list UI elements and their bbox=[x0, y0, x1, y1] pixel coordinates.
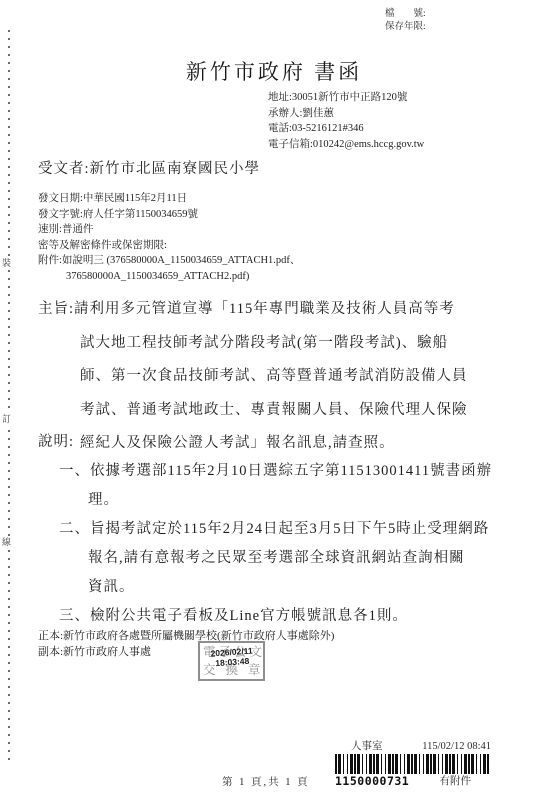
retention-label: 保存年限: bbox=[385, 21, 426, 34]
description-item-1: 一、依據考選部115年2月10日選綜五字第11513001411號書函辦 理。 bbox=[59, 457, 492, 515]
binding-char-zhuang: 裝 bbox=[2, 258, 11, 269]
description-line: 一、依據考選部115年2月10日選綜五字第11513001411號書函辦 bbox=[59, 457, 492, 486]
binding-dotted-line bbox=[8, 30, 10, 762]
security-grade: 密等及解密條件或保密期限: bbox=[38, 238, 300, 254]
recipient-line: 受文者:新竹市北區南寮國民小學 bbox=[38, 157, 260, 178]
description-heading: 說明: bbox=[38, 428, 492, 457]
issue-date: 發文日期:中華民國115年2月11日 bbox=[38, 191, 300, 207]
description-item-2: 二、旨揭考試定於115年2月24日起至3月5日下午5時止受理網路 報名,請有意報… bbox=[59, 515, 492, 602]
description-line: 資訊。 bbox=[88, 573, 492, 602]
subject-line: 主旨:請利用多元管道宣導「115年專門職業及技術人員高等考 bbox=[38, 293, 468, 327]
subject-line: 師、第一次食品技師考試、高等暨普通考試消防設備人員 bbox=[80, 360, 468, 394]
description-line: 理。 bbox=[88, 486, 492, 515]
registry-print-time: 115/02/12 08:41 bbox=[422, 740, 491, 753]
document-number: 發文字號:府人任字第1150034659號 bbox=[38, 207, 300, 223]
document-page: 裝 訂 線 檔 號: 保存年限: 新竹市政府 書函 地址:30051新竹市中正路… bbox=[0, 0, 548, 800]
agency-contact-person: 承辦人:劉佳蕙 bbox=[268, 106, 424, 122]
document-title: 新竹市政府 書函 bbox=[0, 56, 548, 86]
description-line: 二、旨揭考試定於115年2月24日起至3月5日下午5時止受理網路 bbox=[59, 515, 492, 544]
description-item-3: 三、檢附公共電子看板及Line官方帳號訊息各1則。 bbox=[59, 602, 492, 631]
subject-line: 考試、普通考試地政士、專責報關人員、保險代理人保險 bbox=[80, 394, 468, 428]
file-number-block: 檔 號: 保存年限: bbox=[385, 8, 426, 33]
copies-block: 正本:新竹市政府各處暨所屬機關學校(新竹市政府人事處除外) 副本:新竹市政府人事… bbox=[38, 628, 334, 660]
file-no-label: 檔 號: bbox=[385, 8, 426, 21]
attachment-line-2: 376580000A_1150034659_ATTACH2.pdf) bbox=[66, 269, 300, 285]
binding-char-ding: 訂 bbox=[2, 414, 11, 425]
agency-phone: 電話:03-5216121#346 bbox=[268, 121, 424, 137]
page-number-footer: 第 1 頁,共 1 頁 bbox=[0, 774, 532, 789]
description-line: 三、檢附公共電子看板及Line官方帳號訊息各1則。 bbox=[59, 602, 492, 631]
agency-address: 地址:30051新竹市中正路120號 bbox=[268, 90, 424, 106]
binding-char-xian: 線 bbox=[2, 537, 11, 548]
description-line: 報名,請有意報考之民眾至考選部全球資訊網站查詢相關 bbox=[88, 544, 492, 573]
agency-email: 電子信箱:010242@ems.hccg.gov.tw bbox=[268, 137, 424, 153]
original-recipients-line: 正本:新竹市政府各處暨所屬機關學校(新竹市政府人事處除外) bbox=[38, 628, 334, 644]
registry-department: 人事室 bbox=[351, 740, 383, 753]
registry-header-row: 人事室 115/02/12 08:41 bbox=[335, 740, 491, 753]
attachment-line-1: 附件:如說明三 (376580000A_1150034659_ATTACH1.p… bbox=[38, 253, 300, 269]
document-meta-block: 發文日期:中華民國115年2月11日 發文字號:府人任字第1150034659號… bbox=[38, 191, 300, 284]
delivery-speed: 速別:普通件 bbox=[38, 222, 300, 238]
agency-info-block: 地址:30051新竹市中正路120號 承辦人:劉佳蕙 電話:03-5216121… bbox=[268, 90, 424, 152]
subject-line: 試大地工程技師考試分階段考試(第一階段考試)、驗船 bbox=[80, 327, 468, 361]
barcode bbox=[335, 754, 489, 774]
copy-recipients-line: 副本:新竹市政府人事處 bbox=[38, 644, 334, 660]
description-section: 說明: 一、依據考選部115年2月10日選綜五字第11513001411號書函辦… bbox=[38, 428, 492, 631]
